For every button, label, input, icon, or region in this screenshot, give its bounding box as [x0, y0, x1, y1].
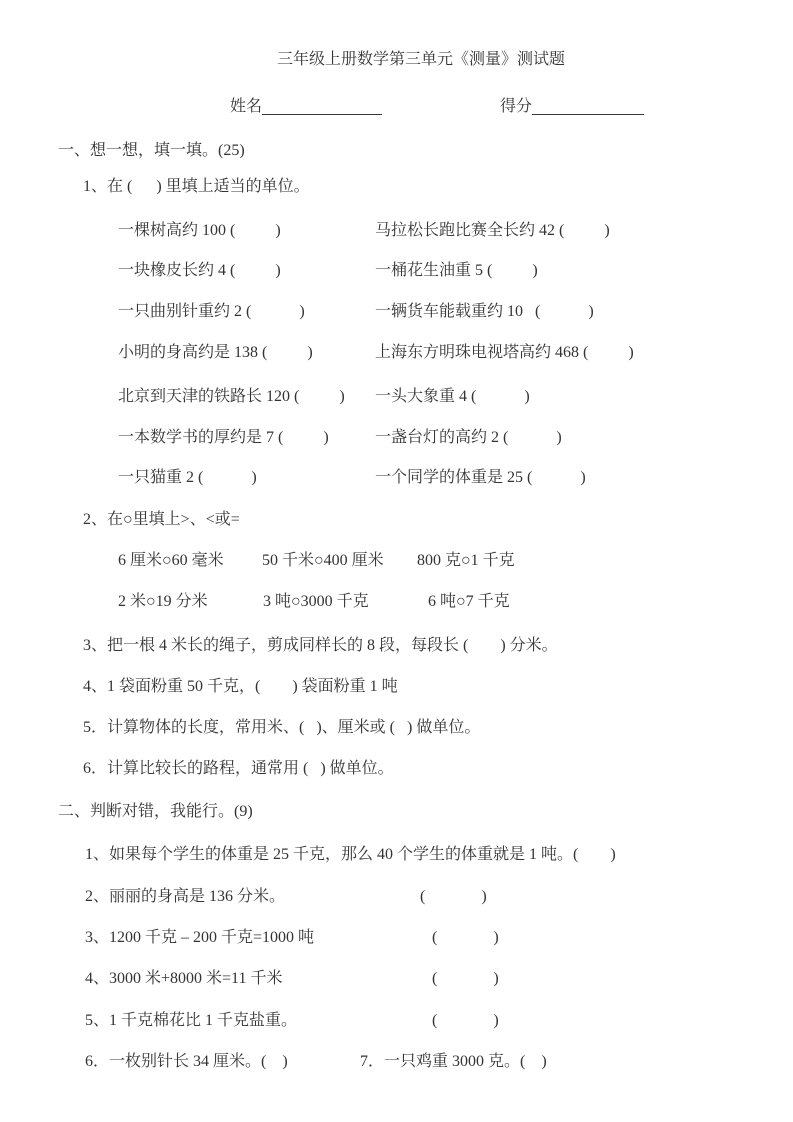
score-label: 得分 [500, 97, 532, 117]
unit-item-7-left: 一只猫重 2 ( ) [118, 468, 257, 488]
judge-item-2-answer: ( ) [420, 887, 487, 907]
compare-row2-col2: 3 吨○3000 千克 [263, 592, 369, 612]
unit-item-1-right: 马拉松长跑比赛全长约 42 ( ) [375, 221, 610, 241]
name-blank-line [262, 97, 382, 115]
unit-item-4-left: 小明的身高约是 138 ( ) [118, 343, 313, 363]
compare-row1-col1: 6 厘米○60 毫米 [118, 551, 224, 571]
section1-heading: 一、想一想，填一填。(25) [58, 141, 245, 161]
judge-item-2: 2、丽丽的身高是 136 分米。 [85, 887, 285, 907]
q1-prompt: 1、在 ( ) 里填上适当的单位。 [83, 177, 310, 197]
judge-item-4: 4、3000 米+8000 米=11 千米 [85, 969, 282, 989]
compare-row1-col3: 800 克○1 千克 [417, 551, 515, 571]
unit-item-3-right: 一辆货车能载重约 10 ( ) [375, 302, 594, 322]
unit-item-1-left: 一棵树高约 100 ( ) [118, 221, 281, 241]
judge-item-6: 6．一枚别针长 34 厘米。( ) [85, 1052, 288, 1072]
judge-item-3: 3、1200 千克 – 200 千克=1000 吨 [85, 928, 314, 948]
unit-item-4-right: 上海东方明珠电视塔高约 468 ( ) [375, 343, 634, 363]
unit-item-5-left: 北京到天津的铁路长 120 ( ) [118, 387, 345, 407]
unit-item-2-left: 一块橡皮长约 4 ( ) [118, 261, 281, 281]
test-paper-page: 三年级上册数学第三单元《测量》测试题 姓名 得分 一、想一想，填一填。(25) … [0, 0, 793, 1122]
q4-line: 4、1 袋面粉重 50 千克，( ) 袋面粉重 1 吨 [83, 677, 398, 697]
unit-item-7-right: 一个同学的体重是 25 ( ) [375, 468, 586, 488]
q5-line: 5．计算物体的长度，常用米、( )、厘米或 ( ) 做单位。 [83, 718, 480, 738]
unit-item-5-right: 一头大象重 4 ( ) [375, 387, 530, 407]
score-blank-line [532, 97, 644, 115]
q2-prompt: 2、在○里填上>、<或= [83, 510, 240, 530]
judge-item-4-answer: ( ) [432, 969, 499, 989]
compare-row2-col1: 2 米○19 分米 [118, 592, 208, 612]
judge-item-5-answer: ( ) [432, 1011, 499, 1031]
judge-item-5: 5、1 千克棉花比 1 千克盐重。 [85, 1011, 297, 1031]
q3-line: 3、把一根 4 米长的绳子，剪成同样长的 8 段，每段长 ( ) 分米。 [83, 636, 558, 656]
compare-row1-col2: 50 千米○400 厘米 [262, 551, 384, 571]
unit-item-6-left: 一本数学书的厚约是 7 ( ) [118, 428, 329, 448]
unit-item-3-left: 一只曲别针重约 2 ( ) [118, 302, 305, 322]
name-label: 姓名 [230, 97, 262, 117]
judge-item-7: 7．一只鸡重 3000 克。( ) [360, 1052, 547, 1072]
compare-row2-col3: 6 吨○7 千克 [428, 592, 510, 612]
unit-item-2-right: 一桶花生油重 5 ( ) [375, 261, 538, 281]
judge-item-1: 1、如果每个学生的体重是 25 千克，那么 40 个学生的体重就是 1 吨。( … [85, 845, 616, 865]
q6-line: 6．计算比较长的路程，通常用 ( ) 做单位。 [83, 759, 394, 779]
judge-item-3-answer: ( ) [432, 928, 499, 948]
doc-title: 三年级上册数学第三单元《测量》测试题 [277, 50, 565, 70]
unit-item-6-right: 一盏台灯的高约 2 ( ) [375, 428, 562, 448]
section2-heading: 二、判断对错，我能行。(9) [58, 802, 253, 822]
